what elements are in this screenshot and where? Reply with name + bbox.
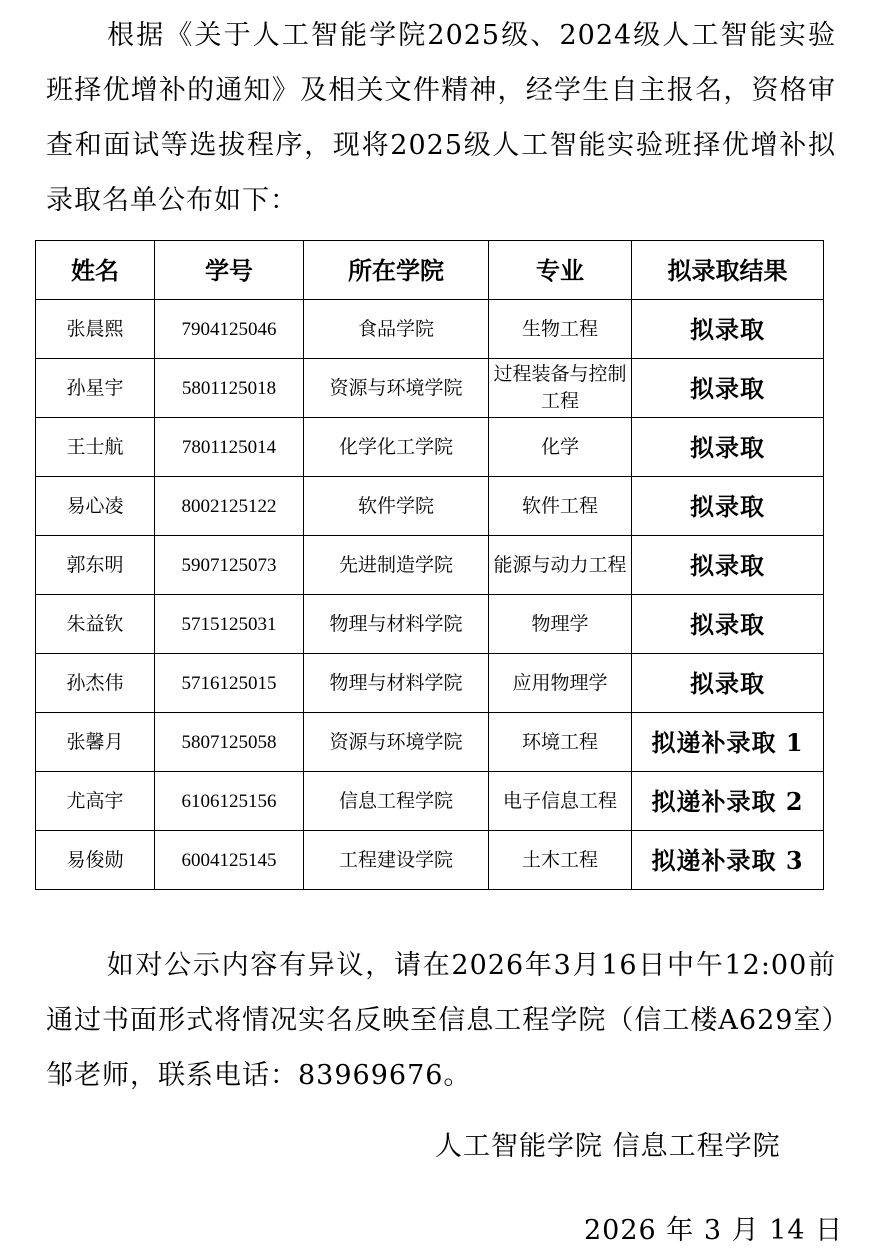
intro-text: 根据《关于人工智能学院2025级、2024级人工智能实验班择优增补的通知》及相关… bbox=[46, 20, 836, 216]
student-name-cell: 朱益钦 bbox=[36, 595, 155, 654]
admission-result-cell: 拟录取 bbox=[632, 359, 824, 418]
intro-paragraph: 根据《关于人工智能学院2025级、2024级人工智能实验班择优增补的通知》及相关… bbox=[46, 8, 836, 228]
header-college: 所在学院 bbox=[304, 241, 489, 300]
major-cell: 过程装备与控制工程 bbox=[489, 359, 632, 418]
header-student-id: 学号 bbox=[155, 241, 304, 300]
table-row: 王士航7801125014化学化工学院化学拟录取 bbox=[36, 418, 824, 477]
signature-date: 2026 年 3 月 14 日 bbox=[584, 1208, 843, 1247]
student-id-cell: 5907125073 bbox=[155, 536, 304, 595]
major-cell: 生物工程 bbox=[489, 300, 632, 359]
student-name-cell: 孙杰伟 bbox=[36, 654, 155, 713]
student-name-cell: 王士航 bbox=[36, 418, 155, 477]
admission-table: 姓名 学号 所在学院 专业 拟录取结果 张晨熙7904125046食品学院生物工… bbox=[35, 240, 824, 890]
student-name-cell: 尤高宇 bbox=[36, 772, 155, 831]
college-cell: 物理与材料学院 bbox=[304, 654, 489, 713]
student-id-cell: 7904125046 bbox=[155, 300, 304, 359]
student-name-cell: 郭东明 bbox=[36, 536, 155, 595]
college-cell: 食品学院 bbox=[304, 300, 489, 359]
college-cell: 化学化工学院 bbox=[304, 418, 489, 477]
student-id-cell: 5807125058 bbox=[155, 713, 304, 772]
admission-result-cell: 拟录取 bbox=[632, 654, 824, 713]
table-header-row: 姓名 学号 所在学院 专业 拟录取结果 bbox=[36, 241, 824, 300]
student-id-cell: 8002125122 bbox=[155, 477, 304, 536]
student-name-cell: 易心凌 bbox=[36, 477, 155, 536]
major-cell: 电子信息工程 bbox=[489, 772, 632, 831]
objection-text: 如对公示内容有异议，请在2026年3月16日中午12:00前通过书面形式将情况实… bbox=[46, 950, 836, 1091]
student-id-cell: 6004125145 bbox=[155, 831, 304, 890]
table-row: 张馨月5807125058资源与环境学院环境工程拟递补录取 1 bbox=[36, 713, 824, 772]
student-id-cell: 5715125031 bbox=[155, 595, 304, 654]
major-cell: 能源与动力工程 bbox=[489, 536, 632, 595]
college-cell: 先进制造学院 bbox=[304, 536, 489, 595]
header-major: 专业 bbox=[489, 241, 632, 300]
header-result: 拟录取结果 bbox=[632, 241, 824, 300]
table-row: 孙星宇5801125018资源与环境学院过程装备与控制工程拟录取 bbox=[36, 359, 824, 418]
header-name: 姓名 bbox=[36, 241, 155, 300]
admission-result-cell: 拟录取 bbox=[632, 418, 824, 477]
major-cell: 化学 bbox=[489, 418, 632, 477]
admission-result-cell: 拟录取 bbox=[632, 300, 824, 359]
student-name-cell: 孙星宇 bbox=[36, 359, 155, 418]
college-cell: 资源与环境学院 bbox=[304, 713, 489, 772]
major-cell: 环境工程 bbox=[489, 713, 632, 772]
college-cell: 工程建设学院 bbox=[304, 831, 489, 890]
table-row: 易心凌8002125122软件学院软件工程拟录取 bbox=[36, 477, 824, 536]
student-id-cell: 7801125014 bbox=[155, 418, 304, 477]
admission-result-cell: 拟录取 bbox=[632, 536, 824, 595]
table-row: 孙杰伟5716125015物理与材料学院应用物理学拟录取 bbox=[36, 654, 824, 713]
admission-result-cell: 拟录取 bbox=[632, 595, 824, 654]
major-cell: 土木工程 bbox=[489, 831, 632, 890]
student-id-cell: 5801125018 bbox=[155, 359, 304, 418]
admission-result-cell: 拟递补录取 1 bbox=[632, 713, 824, 772]
table-row: 郭东明5907125073先进制造学院能源与动力工程拟录取 bbox=[36, 536, 824, 595]
admission-result-cell: 拟递补录取 2 bbox=[632, 772, 824, 831]
student-name-cell: 易俊勋 bbox=[36, 831, 155, 890]
student-name-cell: 张馨月 bbox=[36, 713, 155, 772]
student-id-cell: 6106125156 bbox=[155, 772, 304, 831]
signature-organizations: 人工智能学院 信息工程学院 bbox=[435, 1124, 781, 1163]
objection-paragraph: 如对公示内容有异议，请在2026年3月16日中午12:00前通过书面形式将情况实… bbox=[46, 938, 836, 1103]
college-cell: 信息工程学院 bbox=[304, 772, 489, 831]
admission-result-cell: 拟递补录取 3 bbox=[632, 831, 824, 890]
college-cell: 软件学院 bbox=[304, 477, 489, 536]
table-row: 易俊勋6004125145工程建设学院土木工程拟递补录取 3 bbox=[36, 831, 824, 890]
college-cell: 物理与材料学院 bbox=[304, 595, 489, 654]
major-cell: 物理学 bbox=[489, 595, 632, 654]
college-cell: 资源与环境学院 bbox=[304, 359, 489, 418]
student-name-cell: 张晨熙 bbox=[36, 300, 155, 359]
major-cell: 软件工程 bbox=[489, 477, 632, 536]
table-row: 朱益钦5715125031物理与材料学院物理学拟录取 bbox=[36, 595, 824, 654]
admission-result-cell: 拟录取 bbox=[632, 477, 824, 536]
table-row: 尤高宇6106125156信息工程学院电子信息工程拟递补录取 2 bbox=[36, 772, 824, 831]
student-id-cell: 5716125015 bbox=[155, 654, 304, 713]
major-cell: 应用物理学 bbox=[489, 654, 632, 713]
table-row: 张晨熙7904125046食品学院生物工程拟录取 bbox=[36, 300, 824, 359]
